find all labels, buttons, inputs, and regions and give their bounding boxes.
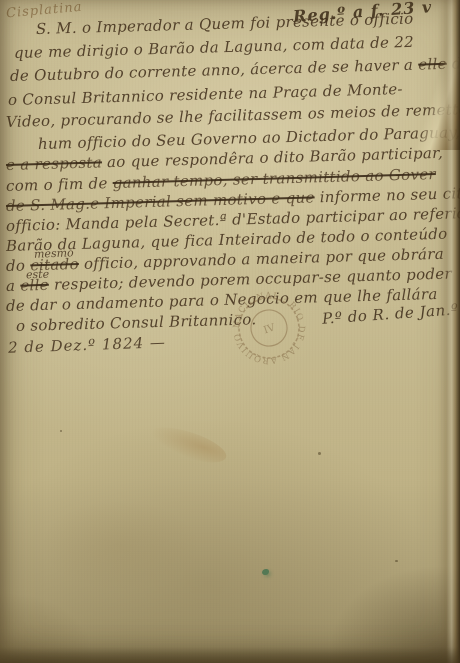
interlinear-insertion: este	[26, 268, 50, 282]
manuscript-line: o sobredito Consul Britannico.	[16, 310, 257, 335]
line-text: o sobredito Consul Britannico.	[16, 310, 257, 335]
struck-text: elle	[418, 55, 447, 74]
line-text: com o fim de	[6, 174, 113, 195]
manuscript-page: Cisplatina Reg.º a f. 23 v S. M. o Imper…	[0, 0, 460, 663]
struck-text: e a resposta	[6, 153, 102, 174]
line-text: informe no seu citado	[314, 183, 460, 206]
line-text: dirigido	[447, 53, 460, 73]
line-text: a	[6, 277, 21, 295]
manuscript-body: S. M. o Imperador a Quem foi presente o …	[0, 0, 460, 663]
interlinear-insertion: mesmo	[34, 246, 74, 260]
